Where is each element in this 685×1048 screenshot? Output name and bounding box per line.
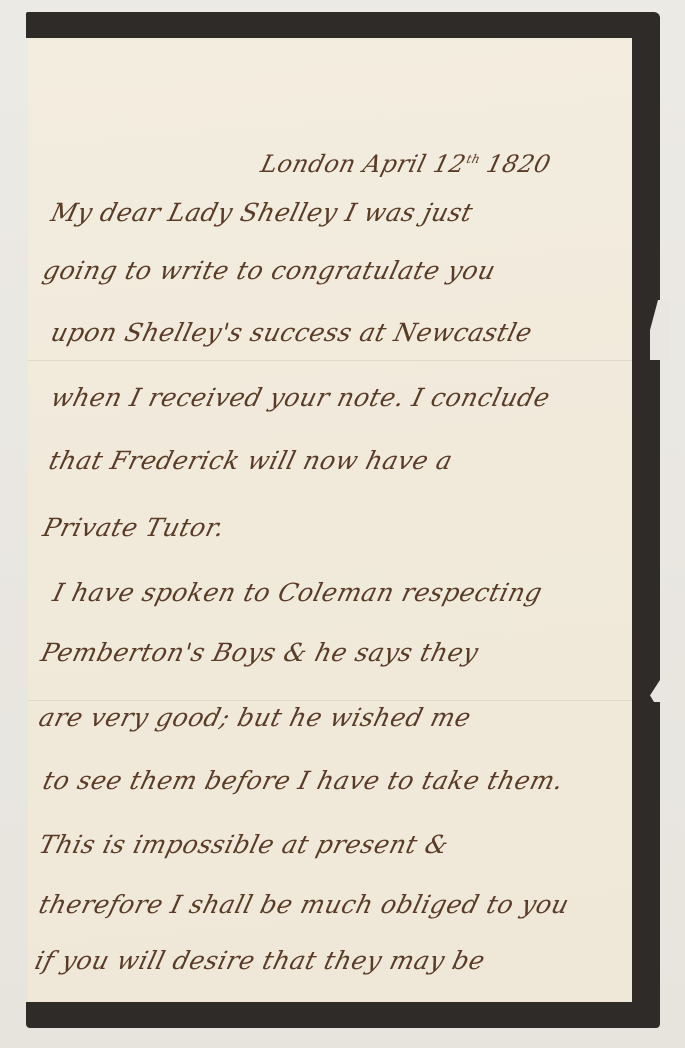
letter-line: upon Shelley's success at Newcastle (48, 318, 535, 347)
letter-line: Pemberton's Boys & he says they (38, 638, 482, 667)
letter-line: My dear Lady Shelley I was just (48, 198, 476, 227)
mourning-border-top (26, 12, 658, 38)
dateline-ordinal: th (465, 152, 482, 166)
letter-photo: London April 12th 1820 My dear Lady Shel… (0, 0, 685, 1048)
letter-line: Private Tutor. (40, 513, 228, 542)
mourning-border-bottom (26, 1002, 660, 1028)
letter-line: when I received your note. I conclude (48, 383, 553, 412)
letter-line: I have spoken to Coleman respecting (50, 578, 545, 607)
letter-line: therefore I shall be much obliged to you (36, 890, 572, 919)
fold-line (28, 360, 632, 361)
fold-line (28, 700, 632, 701)
letter-line: are very good; but he wished me (36, 703, 474, 732)
letter-line: going to write to congratulate you (40, 256, 499, 285)
letter-line: This is impossible at present & (36, 830, 452, 859)
mourning-border-right (632, 12, 660, 1016)
letter-line: if you will desire that they may be (32, 946, 488, 975)
letter-page: London April 12th 1820 My dear Lady Shel… (28, 38, 632, 1002)
dateline-place: London (258, 150, 359, 178)
letter-line: to see them before I have to take them. (40, 766, 567, 795)
dateline-year: 1820 (484, 150, 554, 178)
dateline-date: April 12 (360, 150, 469, 178)
dateline: London April 12th 1820 (258, 150, 554, 178)
letter-line: that Frederick will now have a (46, 446, 456, 475)
